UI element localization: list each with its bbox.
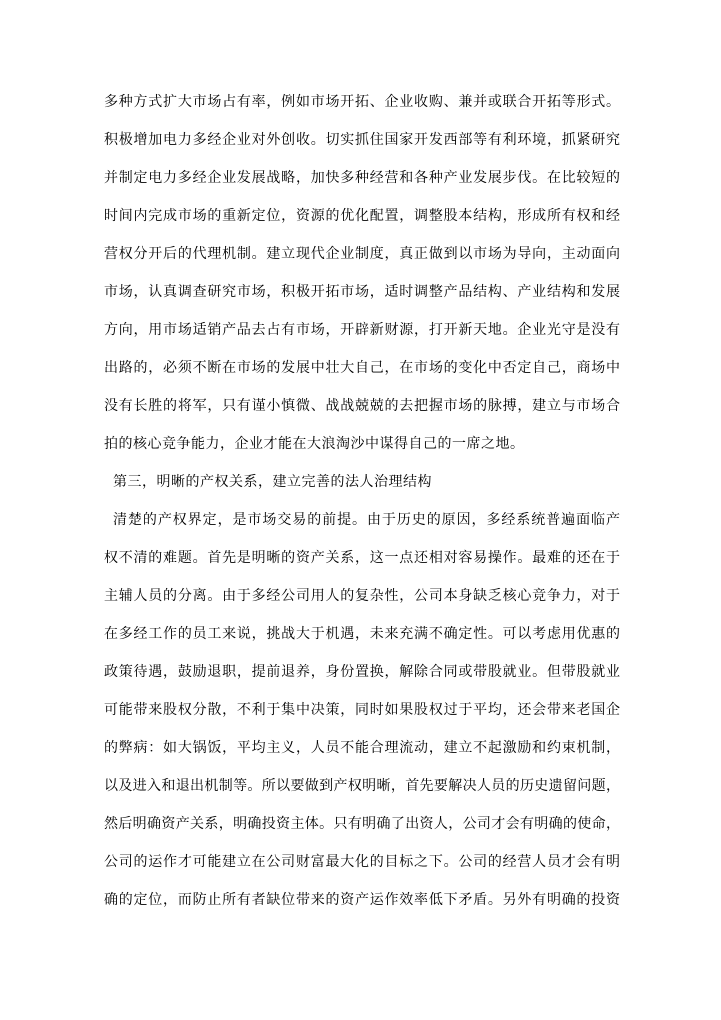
document-text: 多种方式扩大市场占有率，例如市场开拓、企业收购、兼并或联合开拓等形式。积极增加电… <box>104 84 620 920</box>
text-line: 时间内完成市场的重新定位，资源的优化配置，调整股本结构，形成所有权和经 <box>104 198 620 236</box>
text-line: 的弊病：如大锅饭，平均主义，人员不能合理流动，建立不起激励和约束机制， <box>104 730 620 768</box>
text-line: 积极增加电力多经企业对外创收。切实抓住国家开发西部等有利环境，抓紧研究 <box>104 122 620 160</box>
text-line: 清楚的产权界定，是市场交易的前提。由于历史的原因，多经系统普遍面临产 <box>104 502 620 540</box>
text-line: 市场，认真调查研究市场，积极开拓市场，适时调整产品结构、产业结构和发展 <box>104 274 620 312</box>
text-line: 公司的运作才可能建立在公司财富最大化的目标之下。公司的经营人员才会有明 <box>104 844 620 882</box>
text-line: 多种方式扩大市场占有率，例如市场开拓、企业收购、兼并或联合开拓等形式。 <box>104 84 620 122</box>
text-line: 可能带来股权分散，不利于集中决策，同时如果股权过于平均，还会带来老国企 <box>104 692 620 730</box>
document-page: 多种方式扩大市场占有率，例如市场开拓、企业收购、兼并或联合开拓等形式。积极增加电… <box>104 84 620 920</box>
text-line: 在多经工作的员工来说，挑战大于机遇，未来充满不确定性。可以考虑用优惠的 <box>104 616 620 654</box>
text-line: 权不清的难题。首先是明晰的资产关系，这一点还相对容易操作。最难的还在于 <box>104 540 620 578</box>
text-line: 方向，用市场适销产品去占有市场，开辟新财源，打开新天地。企业光守是没有 <box>104 312 620 350</box>
text-line: 拍的核心竞争能力，企业才能在大浪淘沙中谋得自己的一席之地。 <box>104 426 620 464</box>
text-line: 主辅人员的分离。由于多经公司用人的复杂性，公司本身缺乏核心竞争力，对于 <box>104 578 620 616</box>
text-line: 没有长胜的将军，只有谨小慎微、战战兢兢的去把握市场的脉搏，建立与市场合 <box>104 388 620 426</box>
text-line: 政策待遇，鼓励退职，提前退养，身份置换，解除合同或带股就业。但带股就业 <box>104 654 620 692</box>
text-line: 出路的，必须不断在市场的发展中壮大自己，在市场的变化中否定自己，商场中 <box>104 350 620 388</box>
text-line: 以及进入和退出机制等。所以要做到产权明晰，首先要解决人员的历史遗留问题， <box>104 768 620 806</box>
text-line: 营权分开后的代理机制。建立现代企业制度，真正做到以市场为导向，主动面向 <box>104 236 620 274</box>
text-line: 然后明确资产关系，明确投资主体。只有明确了出资人，公司才会有明确的使命， <box>104 806 620 844</box>
text-line: 并制定电力多经企业发展战略，加快多种经营和各种产业发展步伐。在比较短的 <box>104 160 620 198</box>
text-line: 确的定位，而防止所有者缺位带来的资产运作效率低下矛盾。另外有明确的投资 <box>104 882 620 920</box>
text-line: 第三，明晰的产权关系，建立完善的法人治理结构 <box>104 464 620 502</box>
